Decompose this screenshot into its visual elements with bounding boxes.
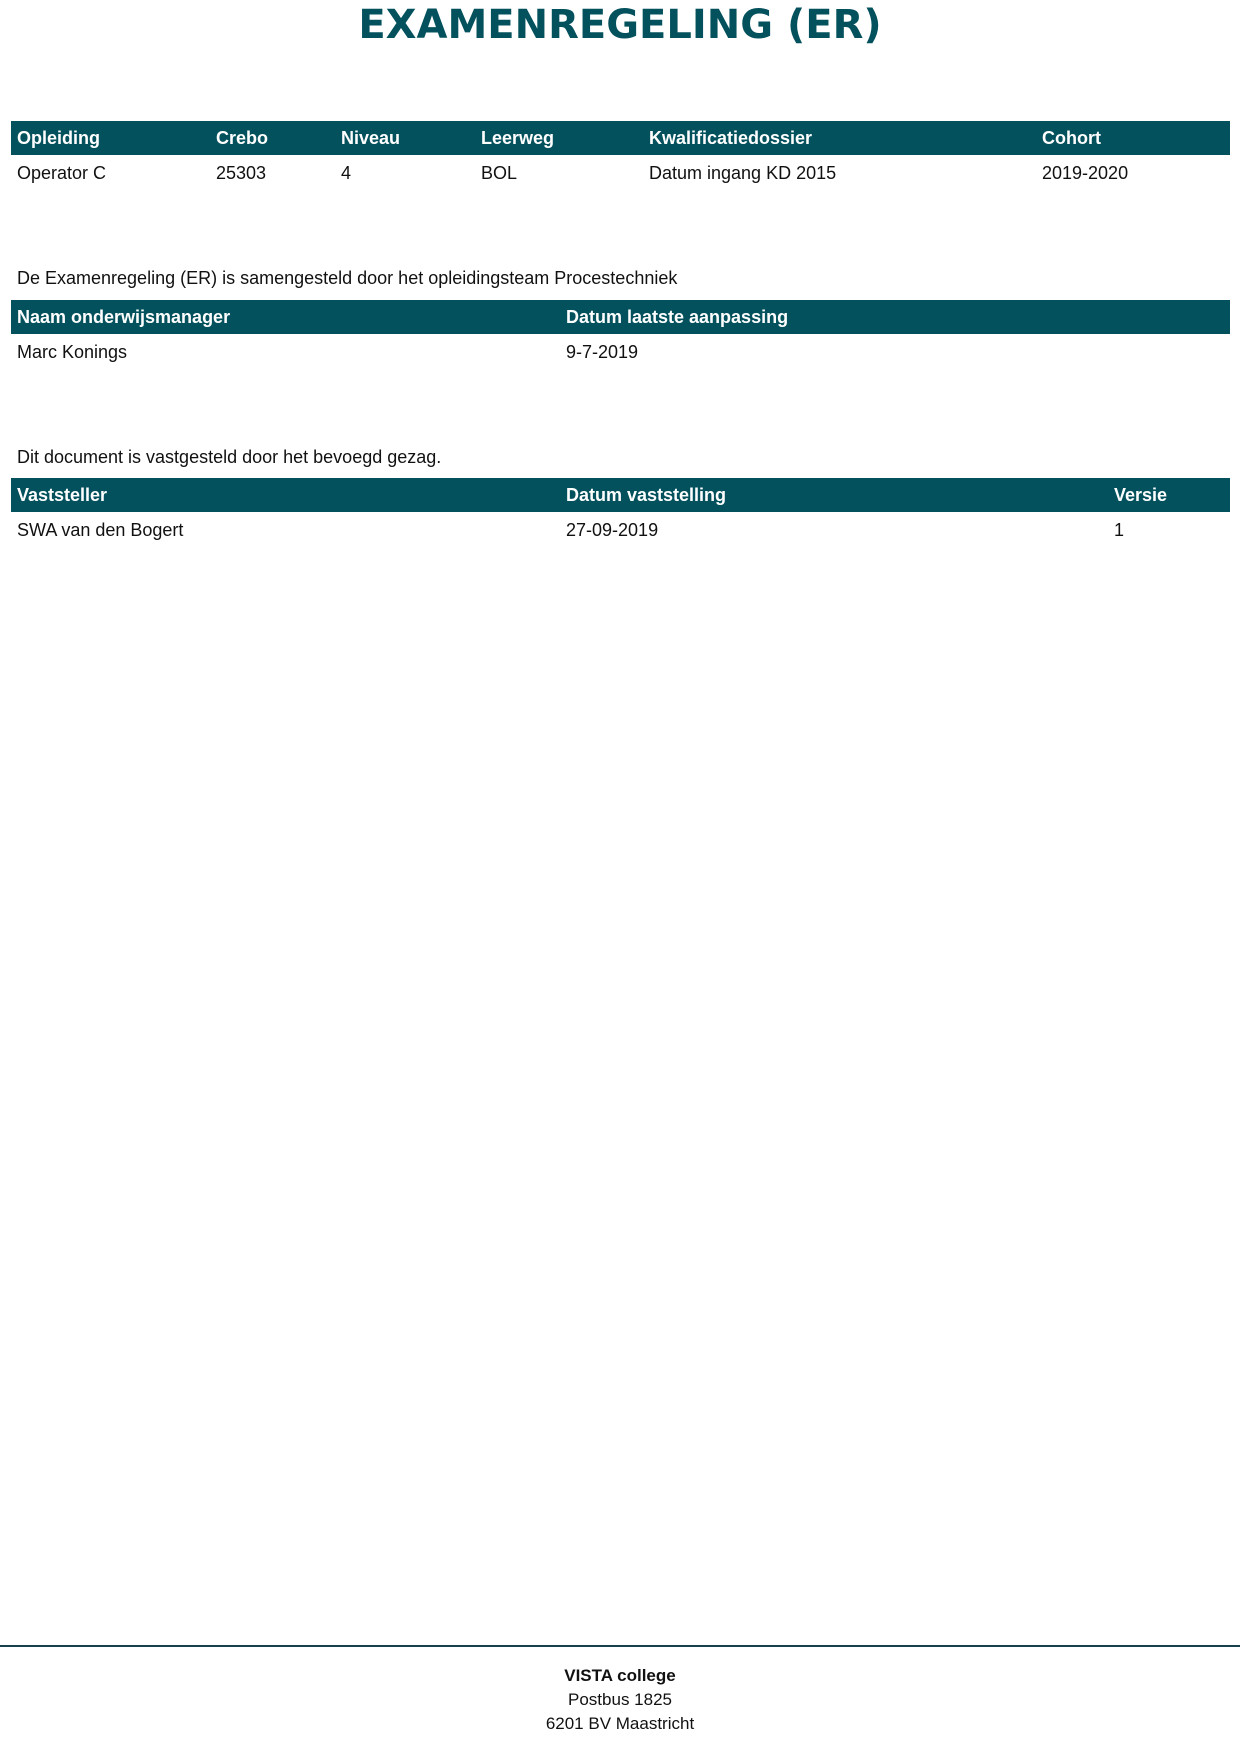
footer-organization: VISTA college (0, 1664, 1240, 1688)
cell-naam-onderwijsmanager: Marc Konings (17, 340, 127, 364)
footer: VISTA college Postbus 1825 6201 BV Maast… (0, 1664, 1240, 1736)
table-row: Operator C 25303 4 BOL Datum ingang KD 2… (11, 155, 1230, 193)
table-header: Naam onderwijsmanager Datum laatste aanp… (11, 300, 1230, 334)
header-leerweg: Leerweg (481, 121, 554, 155)
cell-datum-laatste-aanpassing: 9-7-2019 (566, 340, 638, 364)
table-row: SWA van den Bogert 27-09-2019 1 (11, 512, 1230, 550)
header-datum-vaststelling: Datum vaststelling (566, 478, 726, 512)
table-row: Marc Konings 9-7-2019 (11, 334, 1230, 372)
header-naam-onderwijsmanager: Naam onderwijsmanager (17, 300, 230, 334)
header-crebo: Crebo (216, 121, 268, 155)
table-header: Opleiding Crebo Niveau Leerweg Kwalifica… (11, 121, 1230, 155)
header-kwalificatiedossier: Kwalificatiedossier (649, 121, 812, 155)
footer-address-line1: Postbus 1825 (0, 1688, 1240, 1712)
cell-kwalificatiedossier: Datum ingang KD 2015 (649, 161, 836, 185)
team-table: Naam onderwijsmanager Datum laatste aanp… (11, 300, 1230, 372)
header-cohort: Cohort (1042, 121, 1101, 155)
cell-opleiding: Operator C (17, 161, 106, 185)
vaststelling-table: Vaststeller Datum vaststelling Versie SW… (11, 478, 1230, 550)
cell-datum-vaststelling: 27-09-2019 (566, 518, 658, 542)
cell-crebo: 25303 (216, 161, 266, 185)
table-header: Vaststeller Datum vaststelling Versie (11, 478, 1230, 512)
cell-versie: 1 (1114, 518, 1124, 542)
cell-vaststeller: SWA van den Bogert (17, 518, 183, 542)
header-versie: Versie (1114, 478, 1167, 512)
page-title: EXAMENREGELING (ER) (0, 0, 1240, 50)
cell-niveau: 4 (341, 161, 351, 185)
header-vaststeller: Vaststeller (17, 478, 107, 512)
footer-divider (0, 1645, 1240, 1647)
team-intro-text: De Examenregeling (ER) is samengesteld d… (17, 267, 677, 289)
vaststelling-intro-text: Dit document is vastgesteld door het bev… (17, 446, 441, 468)
cell-cohort: 2019-2020 (1042, 161, 1128, 185)
footer-address-line2: 6201 BV Maastricht (0, 1712, 1240, 1736)
cell-leerweg: BOL (481, 161, 517, 185)
opleiding-table: Opleiding Crebo Niveau Leerweg Kwalifica… (11, 121, 1230, 193)
header-opleiding: Opleiding (17, 121, 100, 155)
header-niveau: Niveau (341, 121, 400, 155)
header-datum-laatste-aanpassing: Datum laatste aanpassing (566, 300, 788, 334)
